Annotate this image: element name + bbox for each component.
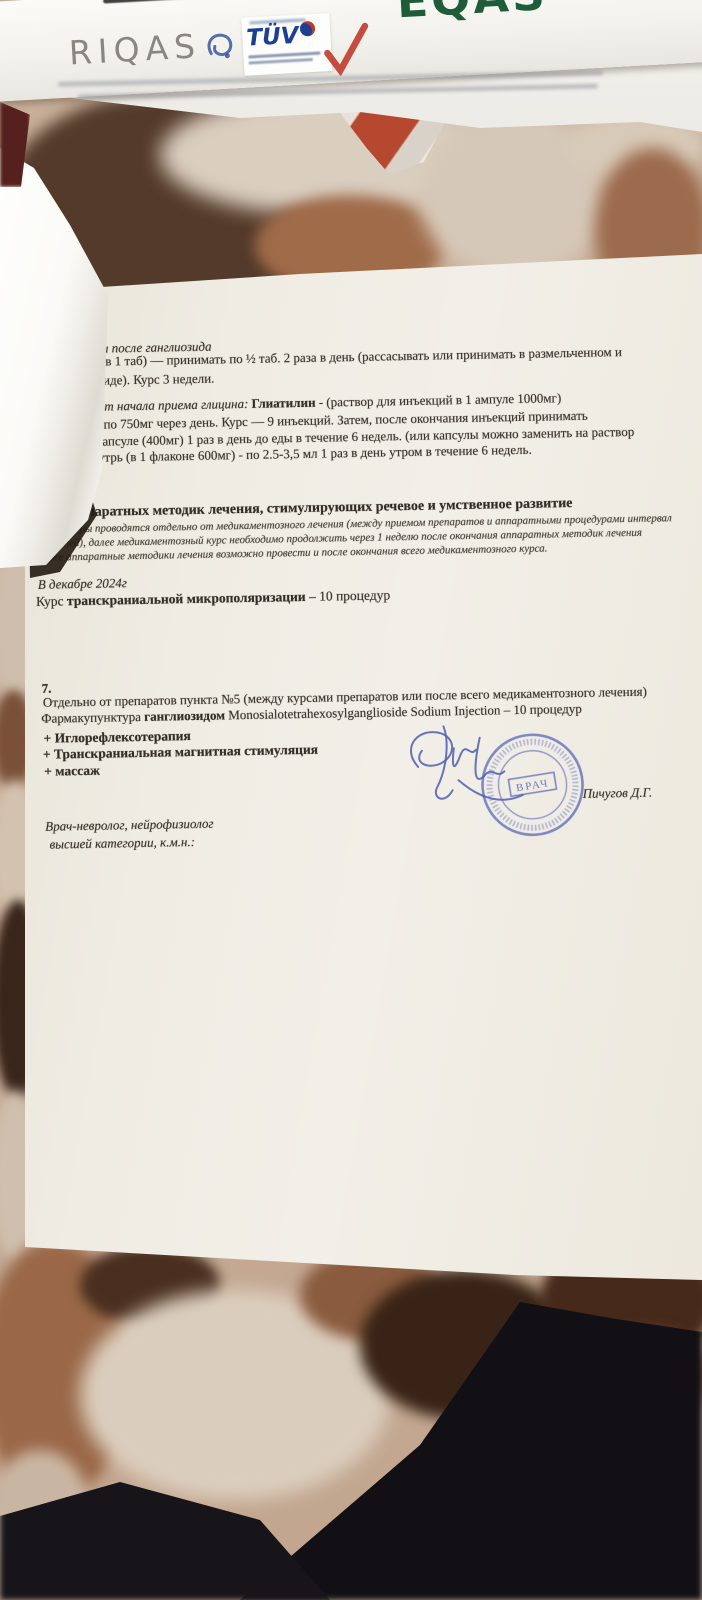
riqas-logo: RIQAS xyxy=(68,26,202,72)
december-course-post: – 10 процедур xyxy=(305,587,390,604)
pharmacopuncture-bold: ганглиозидом xyxy=(144,707,225,723)
pharmacopuncture-pre: Фармакупунктура xyxy=(41,709,144,726)
riqas-swirl-icon xyxy=(202,28,238,64)
december-date: В декабре 2024г xyxy=(38,575,127,593)
riqas-text: RIQAS xyxy=(68,26,202,72)
gliatilin-name: Глиатилин xyxy=(251,395,315,411)
december-course-pre: Курс xyxy=(36,593,67,609)
tuv-small-text-line2 xyxy=(249,58,313,64)
eqas-text: EQAS xyxy=(395,0,549,28)
december-course-bold: транскраниальной микрополяризации xyxy=(67,589,306,608)
photo-of-medical-document: 3 недели после ганглиозида (100мг в 1 та… xyxy=(0,0,702,1600)
tuv-text: TÜV xyxy=(246,23,300,52)
red-checkmark-icon xyxy=(320,21,373,78)
doctor-title-line2: высшей категории, к.м.н.: xyxy=(49,834,195,853)
plus-massage: + массаж xyxy=(44,763,100,780)
stamp-text: ВРАЧ xyxy=(515,777,550,794)
doctor-name: Пичугов Д.Г. xyxy=(583,785,653,802)
tuv-small-text-line1 xyxy=(248,52,320,59)
eqas-logo: EQAS xyxy=(395,0,549,28)
gliatilin-post: - (раствор для инъекций в 1 ампуле 1000м… xyxy=(315,390,561,410)
document-content: 3 недели после ганглиозида (100мг в 1 та… xyxy=(0,228,702,1301)
doctor-title-line1: Врач-невролог, нейрофизиолог xyxy=(45,816,214,835)
doctor-stamp: ВРАЧ xyxy=(468,721,596,849)
tuv-emblem-icon xyxy=(300,21,316,37)
tuv-logo: TÜV xyxy=(241,13,332,76)
